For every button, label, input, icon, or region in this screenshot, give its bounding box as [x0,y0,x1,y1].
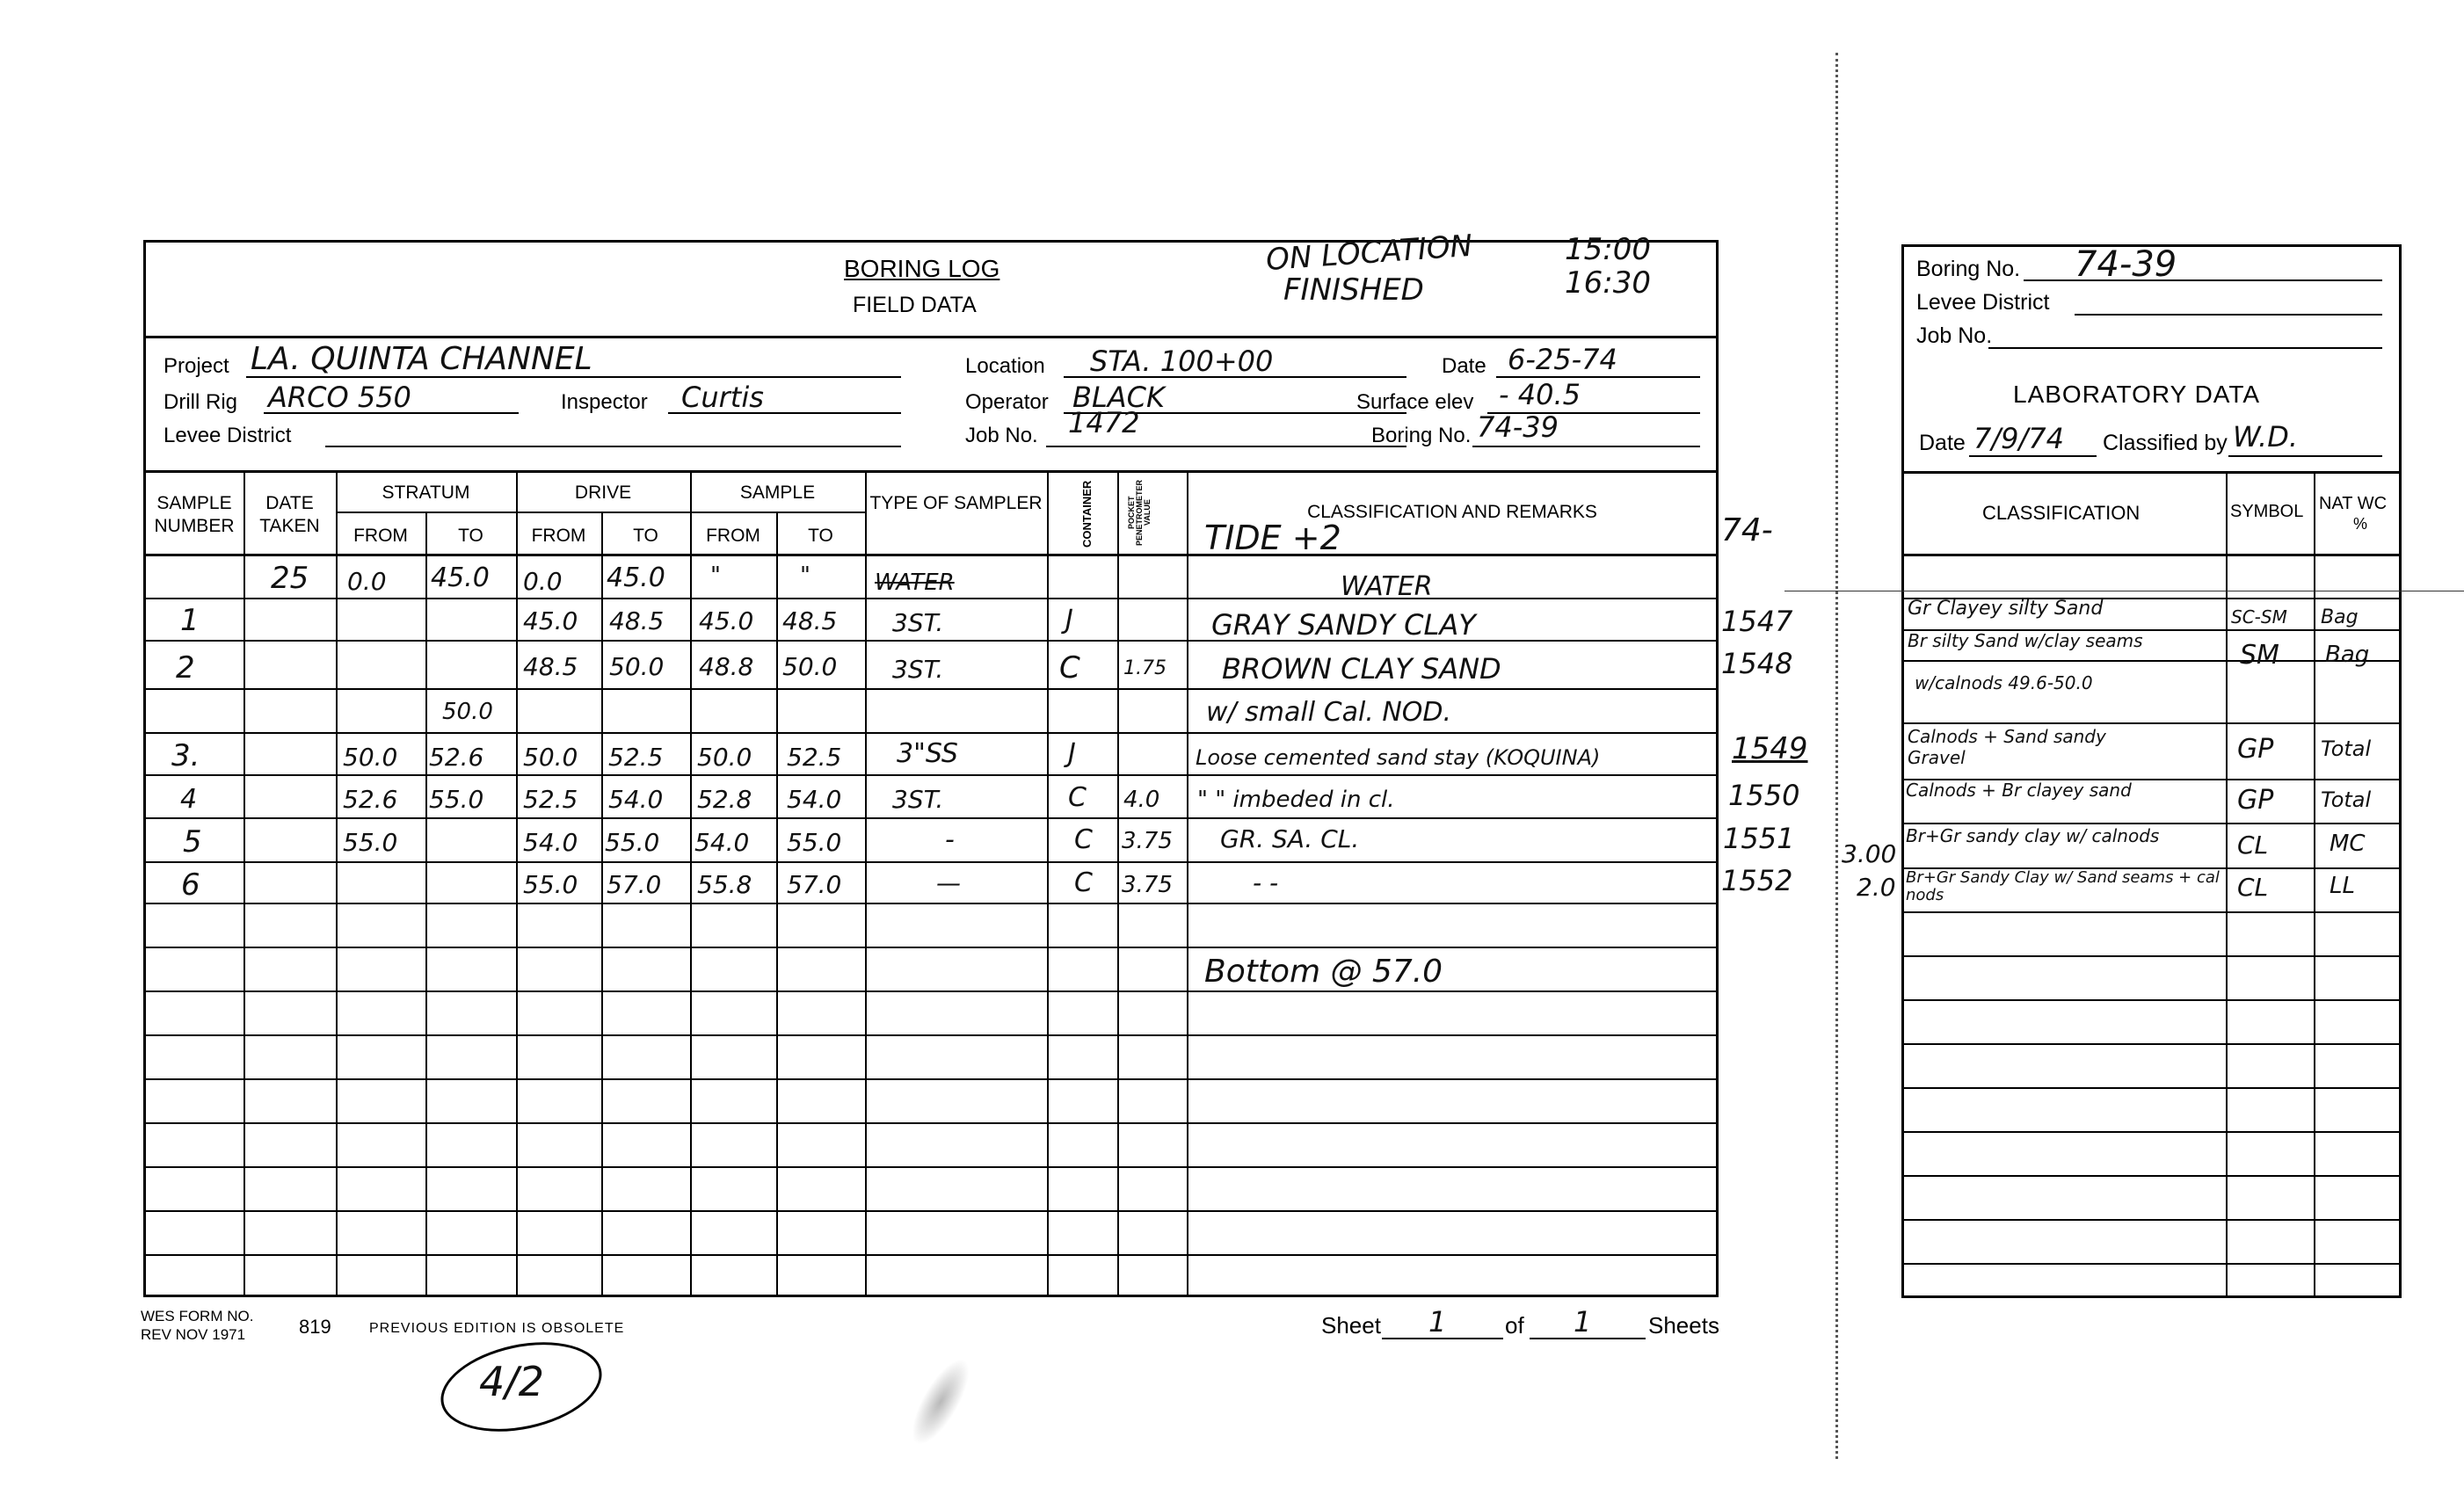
row-line [143,688,1719,690]
job-no-line [1046,446,1406,447]
cell-drive-to[interactable]: 48.5 [609,606,664,635]
row-line [143,1078,1719,1080]
lab-cell-wc[interactable]: Bag [2325,642,2369,668]
col-stratum-from: FROM [336,525,425,548]
cell-sample-to[interactable]: 55.0 [787,828,841,857]
inspector-value[interactable]: Curtis [681,381,764,414]
lab-header-divider [1901,471,2402,474]
lab-vline-1 [2226,471,2228,1298]
cell-container[interactable]: C [1059,650,1080,686]
cell-sample-number[interactable]: 1 [180,603,200,638]
cell-drive-from[interactable]: 45.0 [523,606,578,635]
cell-drive-to[interactable]: 52.5 [608,743,663,772]
lab-cell-symbol[interactable]: SC-SM [2231,606,2287,628]
col-sample-from: FROM [690,525,776,548]
cell-sample-number[interactable]: 3. [171,738,200,773]
col-type-of-sampler: TYPE OF SAMPLER [865,492,1047,515]
lab-row-line [1901,1175,2402,1177]
lab-cell-classification[interactable]: Br+Gr sandy clay w/ calnods [1906,826,2170,845]
cell-sampler[interactable]: - [945,824,955,855]
lab-cell-symbol[interactable]: CL [2237,831,2268,860]
lab-levee-district-line [2075,314,2382,316]
drill-rig-value[interactable]: ARCO 550 [268,381,411,414]
cell-remarks[interactable]: GR. SA. CL. [1220,824,1359,853]
cell-container[interactable]: C [1074,867,1093,898]
date-label: Date [1442,354,1486,379]
lab-row-line [1901,722,2402,724]
lab-cell-wc[interactable]: Bag [2321,606,2359,628]
row-line [143,1034,1719,1036]
col-container: CONTAINER [1081,475,1094,554]
table-header-divider [143,554,1719,556]
cell-sample-to[interactable]: 54.0 [787,785,841,814]
boring-no-value[interactable]: 74-39 [1477,410,1559,444]
classified-by-label: Classified by [2103,431,2228,456]
lab-row-line [1901,911,2402,913]
cell-drive-from[interactable]: 0.0 [523,567,563,596]
perforation-line [1835,53,1838,1459]
margin-note: 1548 [1721,647,1792,680]
cell-remarks[interactable]: Loose cemented sand stay (KOQUINA) [1196,745,1600,770]
vline-10 [1117,470,1119,1297]
cell-remarks[interactable]: - - [1253,868,1278,897]
col-pocket-penetrometer: POCKET PENETROMETER VALUE [1128,471,1152,555]
cell-drive-to[interactable]: 54.0 [608,785,663,814]
lab-vline-2 [2314,471,2315,1298]
cell-sampler[interactable]: 3ST. [892,608,943,637]
row-line [143,1122,1719,1124]
col-drive-to: TO [601,525,690,548]
cell-sample-from[interactable]: 45.0 [699,606,753,635]
cell-sample-from[interactable]: 54.0 [694,828,749,857]
lab-col-classification: CLASSIFICATION [1982,502,2140,525]
col-stratum: STRATUM [336,482,516,504]
margin-note: 1550 [1728,779,1799,812]
cell-container[interactable]: C [1068,782,1087,813]
cell-sampler[interactable]: WATER [875,570,955,596]
col-drive: DRIVE [516,482,690,504]
lab-cell-wc[interactable]: Total [2321,787,2371,812]
location-label: Location [965,354,1045,379]
lab-cell-classification[interactable]: Br+Gr Sandy Clay w/ Sand seams + cal nod… [1906,869,2222,904]
cell-sampler[interactable]: 3"SS [897,738,958,769]
lab-cell-symbol[interactable]: SM [2240,640,2279,671]
row-line [143,817,1719,819]
lab-table-header-divider [1901,554,2402,556]
cell-sampler[interactable]: 3ST. [892,655,943,684]
row-line [143,990,1719,992]
cell-drive-from[interactable]: 54.0 [523,828,578,857]
cell-sample-from[interactable]: 48.8 [699,652,753,681]
project-value[interactable]: LA. QUINTA CHANNEL [251,341,592,377]
lab-levee-district-label: Levee District [1916,290,2049,316]
lab-col-symbol: SYMBOL [2230,502,2303,522]
on-location-time: 15:00 [1565,232,1651,267]
lab-cell-classification[interactable]: Br silty Sand w/clay seams [1908,631,2220,650]
vline-3 [425,512,427,1297]
cell-container[interactable]: C [1074,824,1093,855]
cell-sample-from[interactable]: " [710,562,721,589]
margin-note: 1552 [1721,864,1792,897]
cell-pen[interactable]: 4.0 [1123,787,1159,813]
cell-sample-to[interactable]: 48.5 [782,606,837,635]
cell-sample-number[interactable]: 2 [176,650,195,686]
surface-elev-value[interactable]: - 40.5 [1499,378,1581,411]
lab-row-line [1901,1263,2402,1265]
cell-drive-to[interactable]: 45.0 [607,562,665,593]
location-value[interactable]: STA. 100+00 [1090,345,1273,378]
cell-drive-from[interactable]: 48.5 [523,652,578,681]
sheets-label: Sheets [1648,1312,1719,1339]
cell-date[interactable]: 25 [271,561,309,596]
cell-stratum-from[interactable]: 0.0 [347,567,387,596]
col-drive-from: FROM [516,525,601,548]
lab-row-line [1901,1087,2402,1089]
row-line [143,861,1719,863]
cell-stratum-from[interactable]: 52.6 [343,785,397,814]
lab-cell-symbol[interactable]: GP [2237,785,2273,816]
form-number-label: WES FORM NO. REV NOV 1971 [141,1307,253,1344]
row-line [143,598,1719,599]
cell-remarks-bottom[interactable]: Bottom @ 57.0 [1204,954,1443,990]
cell-stratum-from[interactable]: 50.0 [343,743,397,772]
lab-row-line [1901,1043,2402,1045]
col-date-taken: DATE TAKEN [243,492,336,538]
scan-artifact-line [1784,591,2464,591]
obsolete-notice: PREVIOUS EDITION IS OBSOLETE [369,1321,624,1337]
cell-sample-number[interactable]: 5 [183,824,202,860]
lab-job-no-line [1988,347,2382,349]
lab-row-line [1901,999,2402,1001]
cell-drive-to[interactable]: 50.0 [609,652,664,681]
cell-sample-to[interactable]: " [800,562,810,589]
cell-stratum-from[interactable]: 55.0 [343,828,397,857]
cell-sample-to[interactable]: 52.5 [787,743,841,772]
lab-col-nat-wc-unit: % [2353,515,2367,533]
lab-cell-wc[interactable]: Total [2321,736,2371,761]
row-line [143,1210,1719,1212]
vline-4 [516,470,518,1297]
classified-by-value[interactable]: W.D. [2233,420,2298,454]
row-line [143,1254,1719,1256]
job-no-value[interactable]: 1472 [1068,406,1139,439]
cell-remarks[interactable]: BROWN CLAY SAND [1222,652,1501,686]
lab-boring-no-label: Boring No. [1916,257,2020,282]
margin-extra: 3.00 [1842,839,1896,868]
finished-time: 16:30 [1565,265,1651,301]
lab-cell-classification[interactable]: Calnods + Sand sandy Gravel [1908,726,2127,768]
col-sample-to: TO [776,525,865,548]
cell-sample-from[interactable]: 50.0 [697,743,752,772]
vline-1 [243,470,245,1297]
lab-row-line [1901,823,2402,824]
lab-cell-wc[interactable]: LL [2330,873,2355,899]
lab-cell-symbol[interactable]: CL [2237,873,2268,902]
lab-date-line [1969,455,2097,457]
cell-drive-from[interactable]: 50.0 [523,743,578,772]
sheet-label: Sheet [1321,1312,1381,1339]
circled-note-text: 4/2 [479,1358,544,1405]
row-line [143,732,1719,734]
cell-container[interactable]: J [1065,605,1073,635]
project-label: Project [164,354,229,379]
col-sample: SAMPLE [690,482,865,504]
lab-boring-no-value[interactable]: 74-39 [2075,244,2177,285]
margin-note: 1551 [1723,822,1794,855]
cell-drive-to[interactable]: 55.0 [605,828,659,857]
lab-job-no-label: Job No. [1916,323,1992,349]
form-title: BORING LOG [844,255,999,283]
lab-cell-classification[interactable]: w/calnods 49.6-50.0 [1915,672,2093,693]
vline-11 [1187,470,1188,1297]
cell-pen[interactable]: 3.75 [1122,828,1173,854]
header-remark-tide: TIDE +2 [1204,519,1341,557]
lab-cell-symbol[interactable]: GP [2237,734,2273,765]
vline-5 [601,512,603,1297]
vline-8 [865,470,867,1297]
of-value[interactable]: 1 [1574,1305,1591,1339]
vline-2 [336,470,338,1297]
lab-date-value[interactable]: 7/9/74 [1973,422,2064,455]
margin-note: 1549 [1732,731,1808,766]
cell-remarks[interactable]: GRAY SANDY CLAY [1211,608,1476,642]
margin-extra: 2.0 [1857,873,1896,902]
cell-sampler[interactable]: 3ST. [892,785,943,814]
scan-smudge [901,1351,980,1452]
lab-row-line [1901,955,2402,957]
row-line [143,903,1719,904]
lab-cell-wc[interactable]: MC [2330,831,2366,857]
sheet-value[interactable]: 1 [1428,1305,1446,1339]
cell-stratum-to[interactable]: 45.0 [431,562,490,593]
cell-sample-to[interactable]: 50.0 [782,652,837,681]
lab-date-label: Date [1919,431,1966,456]
finished-note: FINISHED [1283,272,1424,308]
date-value[interactable]: 6-25-74 [1508,343,1617,376]
operator-label: Operator [965,390,1049,415]
classified-by-line [2228,455,2382,457]
subheader-line-stratum [336,512,865,513]
form-subtitle: FIELD DATA [853,293,977,318]
cell-stratum-to[interactable]: 55.0 [429,785,483,814]
row-line [143,774,1719,776]
cell-drive-to[interactable]: 57.0 [607,870,661,899]
col-stratum-to: TO [425,525,516,548]
form-number: 819 [299,1316,331,1339]
cell-stratum-to[interactable]: 52.6 [429,743,483,772]
row-line [143,640,1719,642]
vline-7 [776,512,778,1297]
boring-no-label: Boring No. [1371,424,1471,448]
vline-9 [1047,470,1049,1297]
inspector-label: Inspector [561,390,648,415]
cell-stratum-to[interactable]: 50.0 [442,699,493,725]
cell-sample-from[interactable]: 52.8 [697,785,752,814]
cell-sample-number[interactable]: 6 [181,867,200,903]
lab-cell-classification[interactable]: Calnods + Br clayey sand [1906,780,2218,800]
cell-sample-from[interactable]: 55.8 [697,870,752,899]
col-sample-number: SAMPLE NUMBER [145,492,243,538]
drill-rig-label: Drill Rig [164,390,237,415]
fields-divider [143,470,1719,473]
vline-6 [690,470,692,1297]
lab-title: LABORATORY DATA [2013,381,2260,409]
cell-remarks[interactable]: w/ small Cal. NOD. [1206,697,1451,728]
boring-no-line [1472,446,1700,447]
cell-sampler[interactable]: — [936,868,961,897]
cell-drive-from[interactable]: 52.5 [523,785,578,814]
surface-elev-label: Surface elev [1356,390,1473,415]
lab-col-nat-wc: NAT WC [2319,494,2387,514]
cell-pen[interactable]: 1.75 [1123,657,1167,679]
row-line [143,947,1719,948]
cell-pen[interactable]: 3.75 [1122,872,1173,898]
lab-row-line [1901,1131,2402,1133]
row-line [143,1166,1719,1168]
cell-drive-from[interactable]: 55.0 [523,870,578,899]
margin-note: 1547 [1721,605,1792,638]
lab-row-line [1901,1219,2402,1221]
job-no-label: Job No. [965,424,1038,448]
levee-district-line [325,446,901,447]
cell-remarks[interactable]: WATER [1341,571,1433,602]
title-divider [143,336,1719,338]
cell-sample-number[interactable]: 4 [180,784,197,815]
margin-note: 74- [1721,512,1773,548]
lab-cell-classification[interactable]: Gr Clayey silty Sand [1908,598,2103,620]
cell-remarks[interactable]: " " imbeded in cl. [1197,787,1395,813]
of-label: of [1505,1312,1524,1339]
levee-district-label: Levee District [164,424,291,448]
cell-container[interactable]: J [1068,738,1076,769]
cell-sample-to[interactable]: 57.0 [787,870,841,899]
